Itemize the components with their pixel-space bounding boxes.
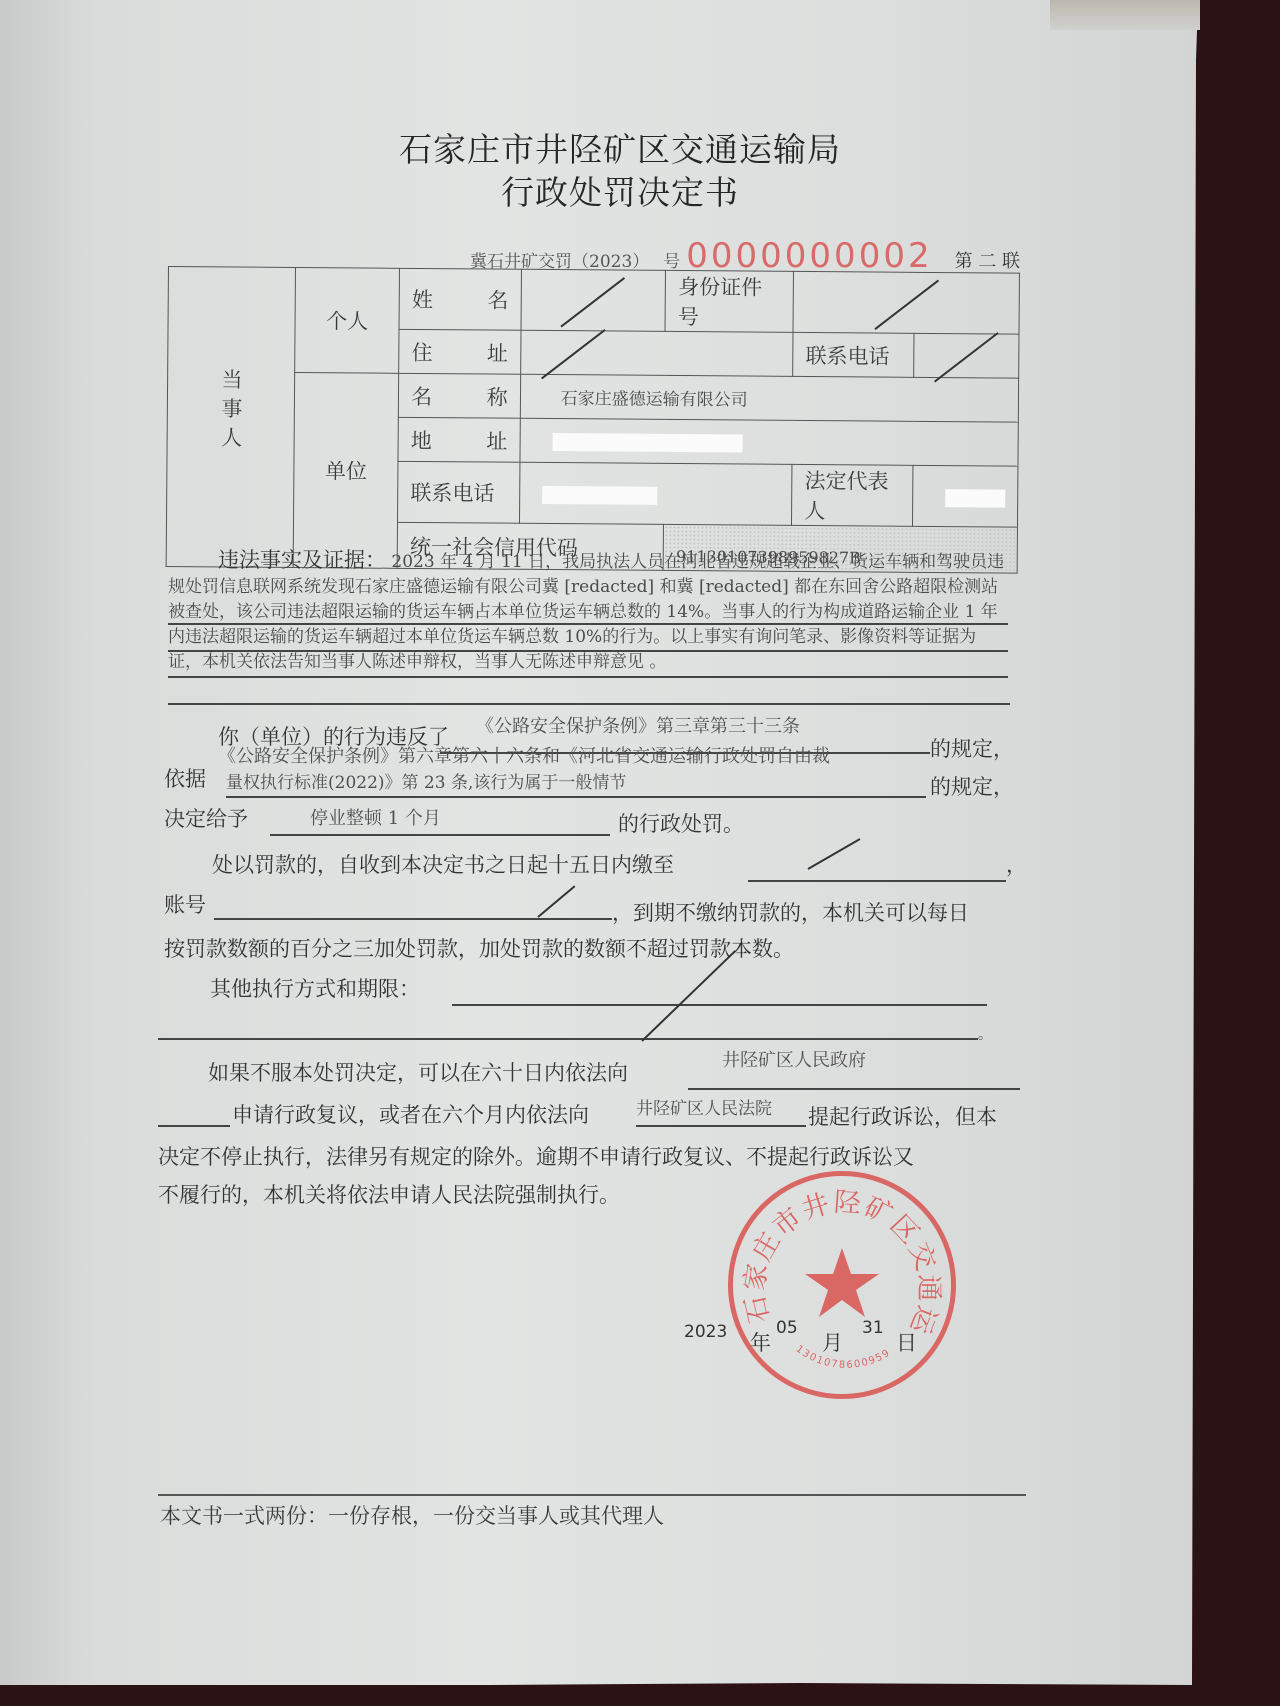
underline — [226, 796, 926, 798]
underline — [270, 834, 610, 836]
appeal-text-3: 提起行政诉讼，但本 — [808, 1098, 997, 1136]
penalty-value: 停业整顿 1 个月 — [310, 804, 441, 830]
document-title: 行政处罚决定书 — [0, 167, 1240, 214]
date-year: 2023 — [684, 1322, 727, 1342]
unit-address-label: 地 址 — [398, 417, 520, 462]
party-table: 当事人 个人 姓 名 身份证件号 住 址 联系电话 单位 名 称 石家庄盛德运输… — [166, 266, 1020, 574]
underline — [636, 1125, 806, 1127]
underline — [158, 1125, 230, 1127]
paper-corner — [1050, 0, 1200, 30]
penalty-suffix: 的行政处罚。 — [618, 805, 744, 843]
underline — [168, 650, 1008, 652]
underline — [158, 1038, 978, 1040]
appeal-text-2: 申请行政复议，或者在六个月内依法向 — [232, 1096, 589, 1134]
fine-text-1: 处以罚款的，自收到本决定书之日起十五日内缴至 — [212, 846, 674, 884]
unit-name-label: 名 称 — [398, 373, 520, 418]
slash-mark-icon — [934, 332, 999, 382]
slash-mark-icon — [561, 277, 626, 327]
appeal-text-4: 决定不停止执行，法律另有规定的除外。逾期不申请行政复议、不提起行政诉讼又 — [158, 1138, 914, 1176]
review-body: 井陉矿区人民政府 — [722, 1046, 866, 1072]
underline — [688, 1088, 1020, 1090]
party-label: 当事人 — [166, 267, 295, 568]
legal-rep-label: 法定代表人 — [792, 464, 913, 526]
legal-rep-value — [912, 465, 1017, 527]
slash-mark-icon — [874, 279, 939, 329]
basis-provision-line1: 《公路安全保护条例》第六章第六十六条和《河北省交通运输行政处罚自由裁 — [218, 742, 830, 768]
underline — [168, 703, 1010, 705]
individual-address-label: 住 址 — [399, 329, 521, 374]
individual-group-label: 个人 — [295, 268, 400, 374]
svg-text:石家庄市井陉矿区交通运输局: 石家庄市井陉矿区交通运输局 — [733, 1176, 944, 1340]
provision-suffix-1: 的规定， — [930, 730, 1014, 768]
provision-suffix-2: 的规定， — [930, 768, 1014, 806]
underline — [168, 676, 1008, 678]
individual-phone-value — [914, 333, 1019, 378]
slash-mark-icon — [541, 329, 606, 379]
underline — [214, 918, 612, 920]
fine-text-3: 按罚款数额的百分之三加处罚款，加处罚款的数额不超过罚款本数。 — [164, 930, 794, 968]
basis-provision-line2: 量权执行标准(2022)》第 23 条,该行为属于一般情节 — [226, 768, 626, 793]
redaction-block — [945, 489, 1005, 507]
id-number-value — [793, 271, 1019, 334]
redaction-block — [552, 433, 742, 452]
id-number-label: 身份证件号 — [665, 270, 793, 332]
unit-address-value — [520, 418, 1019, 466]
unit-name-value: 石家庄盛德运输有限公司 — [520, 374, 1019, 422]
agency-title: 石家庄市井陉矿区交通运输局 — [0, 124, 1240, 171]
doc-no-label: 号 — [663, 247, 680, 272]
fine-text-2: ，到期不缴纳罚款的，本机关可以每日 — [612, 894, 969, 932]
seal-star-icon: 石家庄市井陉矿区交通运输局 1301078600959 — [733, 1176, 951, 1394]
penalty-prefix: 决定给予 — [164, 800, 248, 838]
unit-group-label: 单位 — [293, 372, 399, 568]
other-enforcement-label: 其他执行方式和期限： — [210, 970, 420, 1008]
unit-phone-value — [519, 462, 792, 525]
individual-phone-label: 联系电话 — [793, 332, 914, 377]
appeal-text-5: 不履行的，本机关将依法申请人民法院强制执行。 — [158, 1176, 620, 1214]
fine-text-1-end: ， — [1006, 846, 1027, 884]
court: 井陉矿区人民法院 — [636, 1094, 772, 1119]
unit-phone-label: 联系电话 — [398, 461, 520, 523]
facts-and-evidence: 违法事实及证据： 2023 年 4 月 11 日，我局执法人员在河北省违规超载企… — [168, 548, 1010, 675]
facts-label: 违法事实及证据： — [218, 548, 386, 572]
underline — [168, 623, 1008, 625]
other-enforcement-end: 。 — [978, 1016, 992, 1054]
violated-provision: 《公路安全保护条例》第三章第三十三条 — [476, 712, 800, 738]
official-seal: 石家庄市井陉矿区交通运输局 1301078600959 — [728, 1171, 956, 1399]
appeal-text-1: 如果不服本处罚决定，可以在六十日内依法向 — [208, 1054, 628, 1092]
svg-text:1301078600959: 1301078600959 — [794, 1344, 893, 1371]
account-label: 账号 — [164, 886, 206, 924]
footer-note: 本文书一式两份：一份存根，一份交当事人或其代理人 — [160, 1500, 664, 1530]
basis-prefix: 依据 — [164, 760, 206, 798]
redaction-block — [542, 485, 657, 504]
individual-name-value — [521, 269, 666, 331]
footer-divider — [158, 1494, 1026, 1496]
individual-name-label: 姓 名 — [399, 268, 521, 330]
underline — [452, 1004, 987, 1006]
underline — [748, 880, 1006, 882]
copy-label: 第 二 联 — [955, 247, 1020, 273]
individual-address-value — [520, 330, 793, 376]
